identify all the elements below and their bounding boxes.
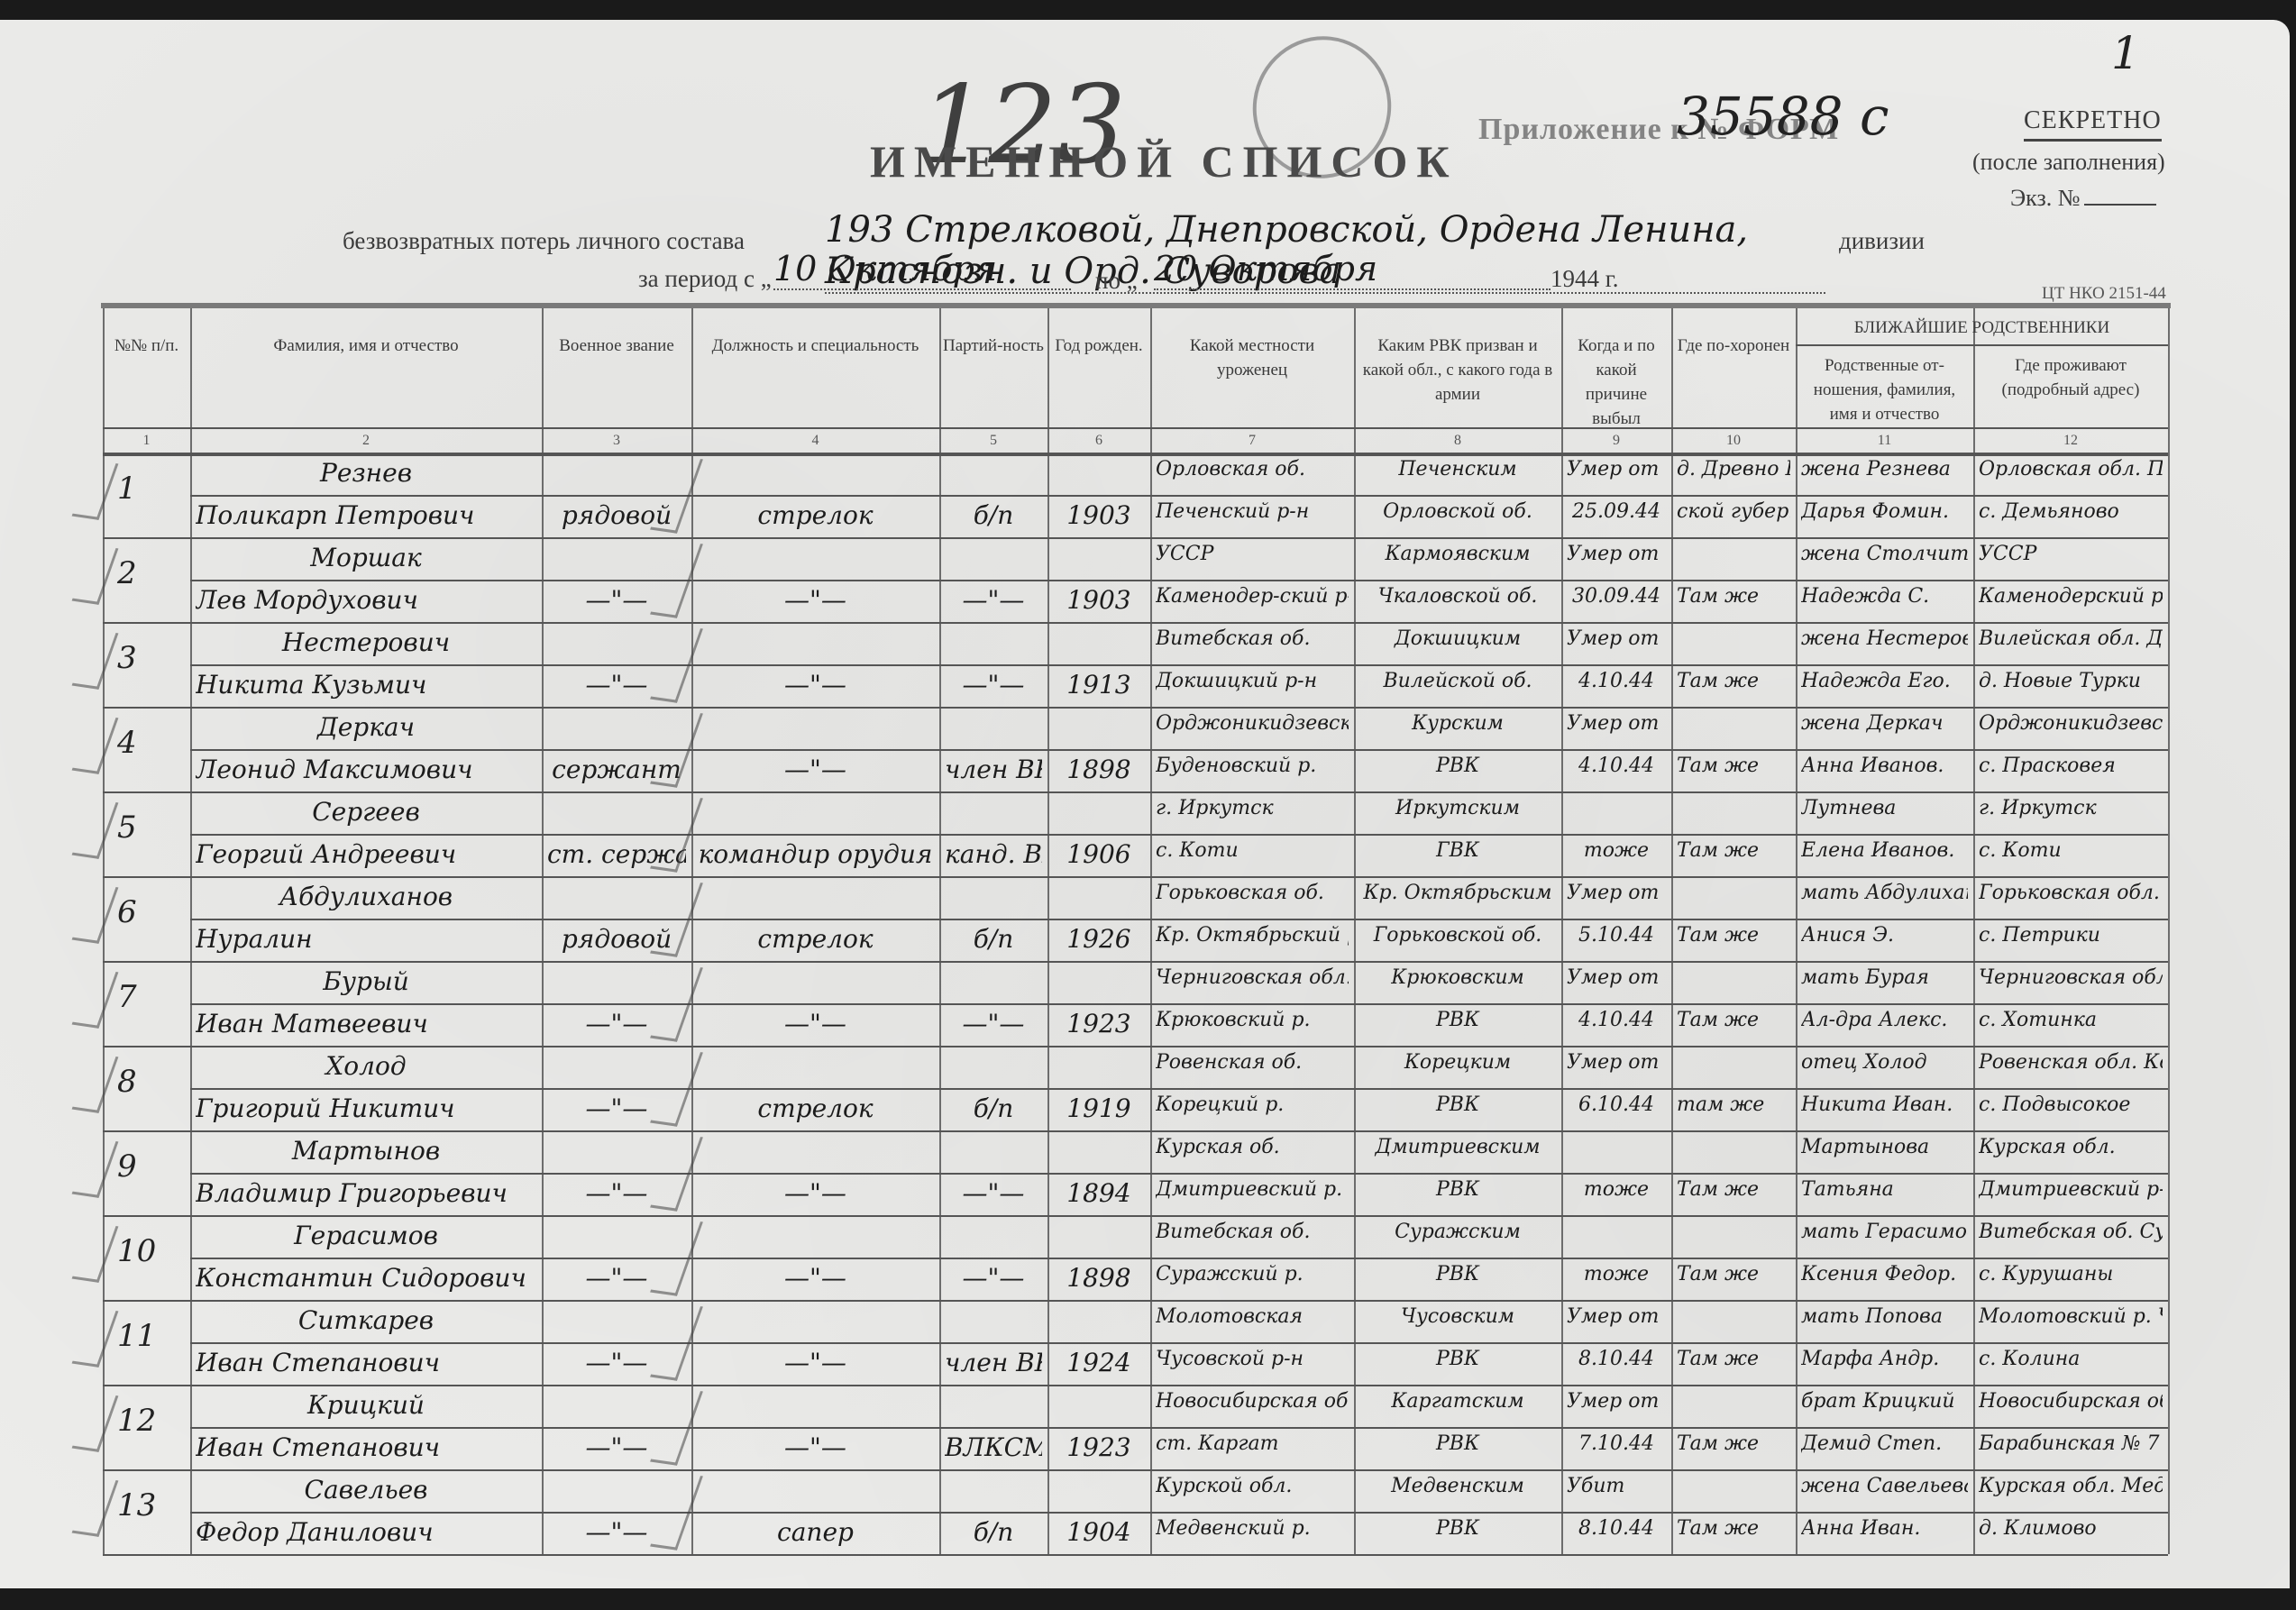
column-header-4: Должность и специальность — [695, 334, 936, 358]
cell-origin2: с. Коти — [1156, 839, 1349, 862]
row-divider — [190, 1258, 2168, 1259]
row-number: 10 — [117, 1233, 156, 1269]
cell-origin1: Черниговская обл. — [1156, 966, 1349, 989]
column-header-12: Где проживают (подробный адрес) — [1977, 353, 2164, 402]
cell-party: ВЛКСМ — [945, 1432, 1042, 1462]
cell-buried2: Там же — [1677, 1517, 1790, 1540]
row-divider — [103, 1215, 2168, 1217]
cell-origin1: Орловская об. — [1156, 458, 1349, 480]
cell-name: Федор Данилович — [196, 1517, 536, 1547]
column-number-7: 7 — [1150, 433, 1354, 449]
cell-rel2: Надежда Его. — [1801, 670, 1968, 692]
cell-rel1: жена Нестерович — [1801, 627, 1968, 650]
cell-origin2: Крюковский р. — [1156, 1009, 1349, 1031]
cell-position: —"— — [697, 1009, 934, 1038]
cell-name: Иван Матвеевич — [196, 1009, 536, 1038]
cell-rel1: мать Попова — [1801, 1305, 1968, 1328]
row-number: 11 — [117, 1318, 156, 1354]
period-from-field: 10 Октября — [773, 249, 1071, 290]
cell-rel1: отец Холод — [1801, 1051, 1968, 1074]
cell-rel1: Мартынова — [1801, 1136, 1968, 1158]
column-header-9: Когда и по какой причине выбыл — [1565, 334, 1668, 431]
cell-name: Нуралин — [196, 924, 536, 954]
period-prefix: за период с „ — [638, 265, 772, 293]
cell-addr1: г. Иркутск — [1979, 797, 2163, 819]
cell-left1: Умер от ран — [1567, 543, 1666, 565]
cell-rvk1: Кармоявским — [1359, 543, 1556, 565]
cell-born: 1926 — [1053, 924, 1145, 954]
cell-rel2: Дарья Фомин. — [1801, 500, 1968, 523]
cell-left1: Умер от ран — [1567, 627, 1666, 650]
cell-rel2: Демид Степ. — [1801, 1432, 1968, 1455]
row-number: 5 — [117, 810, 137, 846]
cell-origin1: Молотовская — [1156, 1305, 1349, 1328]
cell-born: 1898 — [1053, 755, 1145, 784]
cell-born: 1903 — [1053, 500, 1145, 530]
cell-rel2: Надежда С. — [1801, 585, 1968, 608]
cell-buried2: там же — [1677, 1093, 1790, 1116]
cell-rel2: Марфа Андр. — [1801, 1348, 1968, 1370]
row-number: 3 — [117, 640, 137, 676]
cell-born: 1923 — [1053, 1009, 1145, 1038]
cell-rvk2: ГВК — [1359, 839, 1556, 862]
row-divider — [190, 1088, 2168, 1090]
cell-addr1: Молотовский р. Чусовской р-н — [1979, 1305, 2163, 1328]
row-divider — [190, 1512, 2168, 1514]
cell-surname: Савельев — [196, 1475, 536, 1505]
cell-position: —"— — [697, 1348, 934, 1377]
cell-origin2: ст. Каргат — [1156, 1432, 1349, 1455]
cell-origin2: Чусовской р-н — [1156, 1348, 1349, 1370]
cell-rvk2: Орловской об. — [1359, 500, 1556, 523]
cell-left2: 4.10.44 — [1567, 670, 1666, 692]
cell-born: 1906 — [1053, 839, 1145, 869]
row-divider — [190, 580, 2168, 581]
cell-rel1: мать Герасимова — [1801, 1221, 1968, 1243]
row-divider — [103, 791, 2168, 793]
cell-surname: Моршак — [196, 543, 536, 572]
cell-origin1: Ровенская об. — [1156, 1051, 1349, 1074]
cell-name: Иван Степанович — [196, 1432, 536, 1462]
row-divider — [190, 834, 2168, 836]
cell-rel1: жена Резнева — [1801, 458, 1968, 480]
cell-left2: 30.09.44 — [1567, 585, 1666, 608]
cell-addr2: с. Колина — [1979, 1348, 2163, 1370]
cell-origin2: Печенский р-н — [1156, 500, 1349, 523]
cell-position: —"— — [697, 755, 934, 784]
cell-left2: 6.10.44 — [1567, 1093, 1666, 1116]
cell-name: Леонид Максимович — [196, 755, 536, 784]
cell-buried2: ской губерн. — [1677, 500, 1790, 523]
cell-left2: 5.10.44 — [1567, 924, 1666, 947]
cell-addr2: с. Петрики — [1979, 924, 2163, 947]
cell-name: Владимир Григорьевич — [196, 1178, 536, 1208]
row-divider — [103, 427, 2168, 429]
cell-left1: Умер от ран — [1567, 458, 1666, 480]
cell-buried2: Там же — [1677, 839, 1790, 862]
row-divider — [190, 1427, 2168, 1429]
row-divider — [103, 1046, 2168, 1047]
row-number: 4 — [117, 725, 137, 761]
column-number-9: 9 — [1561, 433, 1671, 449]
column-header-3: Военное звание — [545, 334, 688, 358]
row-divider — [190, 919, 2168, 920]
cell-left2: тоже — [1567, 1178, 1666, 1201]
cell-buried2: Там же — [1677, 1348, 1790, 1370]
cell-rel1: Лутнева — [1801, 797, 1968, 819]
cell-rvk1: Корецким — [1359, 1051, 1556, 1074]
cell-origin1: Витебская об. — [1156, 1221, 1349, 1243]
row-divider — [103, 537, 2168, 539]
cell-surname: Нестерович — [196, 627, 536, 657]
cell-rvk2: Горьковской об. — [1359, 924, 1556, 947]
cell-origin2: Докшицкий р-н — [1156, 670, 1349, 692]
cell-name: Никита Кузьмич — [196, 670, 536, 700]
cell-rvk1: Чусовским — [1359, 1305, 1556, 1328]
cell-rel2: Татьяна — [1801, 1178, 1968, 1201]
cell-party: б/п — [945, 500, 1042, 530]
cell-origin1: Новосибирская об. — [1156, 1390, 1349, 1413]
cell-name: Григорий Никитич — [196, 1093, 536, 1123]
column-header-2: Фамилия, имя и отчество — [194, 334, 538, 358]
cell-addr1: Горьковская обл. Красно-Октябрьский р-н — [1979, 882, 2163, 904]
cell-name: Иван Степанович — [196, 1348, 536, 1377]
cell-addr1: Ровенская обл. Корецкий р-н — [1979, 1051, 2163, 1074]
after-filling-label: (после заполнения) — [1972, 149, 2165, 176]
cell-rel2: Елена Иванов. — [1801, 839, 1968, 862]
cell-born: 1924 — [1053, 1348, 1145, 1377]
cell-left2: 8.10.44 — [1567, 1348, 1666, 1370]
cell-rvk2: Чкаловской об. — [1359, 585, 1556, 608]
row-divider — [103, 1300, 2168, 1302]
cell-buried2: Там же — [1677, 755, 1790, 777]
cell-party: член ВКП-б — [945, 1348, 1042, 1377]
cell-born: 1919 — [1053, 1093, 1145, 1123]
cell-party: б/п — [945, 1517, 1042, 1547]
cell-surname: Деркач — [196, 712, 536, 742]
cell-surname: Ситкарев — [196, 1305, 536, 1335]
row-number: 13 — [117, 1487, 156, 1523]
cell-left2: тоже — [1567, 1263, 1666, 1285]
cell-rvk1: Суражским — [1359, 1221, 1556, 1243]
cell-rel2: Никита Иван. — [1801, 1093, 1968, 1116]
cell-origin2: Дмитриевский р. — [1156, 1178, 1349, 1201]
cell-rel1: жена Столчитеск — [1801, 543, 1968, 565]
cell-position: стрелок — [697, 1093, 934, 1123]
cell-rel1: мать Абдулиханова — [1801, 882, 1968, 904]
row-divider — [103, 453, 2168, 456]
cell-buried2: Там же — [1677, 1178, 1790, 1201]
cell-rel2: Анися Э. — [1801, 924, 1968, 947]
cell-addr2: Каменодерский р. — [1979, 585, 2163, 608]
cell-left1: Умер от ран — [1567, 882, 1666, 904]
cell-left2: 4.10.44 — [1567, 755, 1666, 777]
cell-origin2: Каменодер-ский р-н — [1156, 585, 1349, 608]
cell-buried2: Там же — [1677, 670, 1790, 692]
column-number-5: 5 — [939, 433, 1047, 449]
cell-addr1: Вилейская обл. Докшицкий р. — [1979, 627, 2163, 650]
cell-addr1: УССР — [1979, 543, 2163, 565]
cell-surname: Мартынов — [196, 1136, 536, 1166]
secrecy-label: СЕКРЕТНО — [2024, 106, 2162, 142]
cell-buried2: Там же — [1677, 1009, 1790, 1031]
cell-rel1: брат Крицкий — [1801, 1390, 1968, 1413]
cell-position: —"— — [697, 1263, 934, 1293]
cell-rel2: Ксения Федор. — [1801, 1263, 1968, 1285]
cell-addr1: Курская обл. Медвенский р. — [1979, 1475, 2163, 1497]
cell-rvk2: РВК — [1359, 1009, 1556, 1031]
column-number-2: 2 — [190, 433, 542, 449]
cell-born: 1898 — [1053, 1263, 1145, 1293]
row-divider — [103, 707, 2168, 709]
cell-rel2: Анна Иванов. — [1801, 755, 1968, 777]
cell-surname: Абдулиханов — [196, 882, 536, 911]
cell-born: 1903 — [1053, 585, 1145, 615]
column-number-12: 12 — [1973, 433, 2168, 449]
cell-addr2: с. Демьяново — [1979, 500, 2163, 523]
cell-rvk2: РВК — [1359, 1093, 1556, 1116]
cell-origin2: Буденовский р. — [1156, 755, 1349, 777]
cell-rvk1: Печенским — [1359, 458, 1556, 480]
row-divider — [103, 1130, 2168, 1132]
column-number-6: 6 — [1047, 433, 1150, 449]
column-header-10: Где по-хоронен — [1675, 334, 1792, 358]
cell-name: Лев Мордухович — [196, 585, 536, 615]
cell-surname: Холод — [196, 1051, 536, 1081]
cell-origin1: Орджоникидзевский край — [1156, 712, 1349, 735]
cell-buried2: Там же — [1677, 1432, 1790, 1455]
cell-position: сапер — [697, 1517, 934, 1547]
cell-addr2: д. Климово — [1979, 1517, 2163, 1540]
cell-origin1: УССР — [1156, 543, 1349, 565]
column-header-5: Партий-ность — [943, 334, 1044, 358]
row-divider — [103, 622, 2168, 624]
column-divider — [2168, 308, 2170, 1554]
cell-position: —"— — [697, 585, 934, 615]
cell-addr1: Орловская обл. Печенский р-н — [1979, 458, 2163, 480]
period-to-field: 20 Октября — [1154, 249, 1550, 290]
cell-rvk2: РВК — [1359, 1263, 1556, 1285]
cell-surname: Бурый — [196, 966, 536, 996]
cell-left1: Умер от ран — [1567, 1305, 1666, 1328]
cell-rvk2: РВК — [1359, 1517, 1556, 1540]
column-header-11: Родственные от-ношения, фамилия, имя и о… — [1799, 353, 1970, 426]
copy-number-blank — [2084, 204, 2156, 206]
period-to-label: по „ — [1095, 267, 1138, 295]
cell-position: стрелок — [697, 500, 934, 530]
cell-rvk1: Крюковским — [1359, 966, 1556, 989]
row-divider — [190, 664, 2168, 666]
cell-rvk1: Иркутским — [1359, 797, 1556, 819]
column-header-7: Какой местности уроженец — [1154, 334, 1350, 382]
cell-left2: 4.10.44 — [1567, 1009, 1666, 1031]
cell-rvk2: РВК — [1359, 1432, 1556, 1455]
cell-surname: Крицкий — [196, 1390, 536, 1420]
cell-addr2: д. Новые Турки — [1979, 670, 2163, 692]
cell-left1: Умер от ран — [1567, 1390, 1666, 1413]
row-divider — [190, 1342, 2168, 1344]
cell-origin1: Курская об. — [1156, 1136, 1349, 1158]
row-number: 1 — [117, 471, 137, 507]
row-number: 6 — [117, 894, 137, 930]
cell-buried1: д. Древно Варшав. — [1677, 458, 1790, 480]
cell-party: б/п — [945, 1093, 1042, 1123]
cell-rvk1: Медвенским — [1359, 1475, 1556, 1497]
cell-name: Георгий Андреевич — [196, 839, 536, 869]
column-header-1: №№ п/п. — [106, 334, 187, 358]
row-divider — [103, 1469, 2168, 1471]
cell-rvk1: Докшицким — [1359, 627, 1556, 650]
cell-addr2: с. Курушаны — [1979, 1263, 2163, 1285]
cell-rvk1: Каргатским — [1359, 1390, 1556, 1413]
table-top-rule — [101, 303, 2171, 308]
cell-surname: Герасимов — [196, 1221, 536, 1250]
cell-buried2: Там же — [1677, 585, 1790, 608]
cell-rvk1: Курским — [1359, 712, 1556, 735]
row-divider — [190, 749, 2168, 751]
cell-origin2: Кр. Октябрьский р. — [1156, 924, 1349, 947]
cell-surname: Сергеев — [196, 797, 536, 827]
cell-rvk1: Дмитриевским — [1359, 1136, 1556, 1158]
cell-left2: 8.10.44 — [1567, 1517, 1666, 1540]
column-number-3: 3 — [542, 433, 691, 449]
cell-rel2: Ал-дра Алекс. — [1801, 1009, 1968, 1031]
cell-origin1: Курской обл. — [1156, 1475, 1349, 1497]
row-divider — [103, 876, 2168, 878]
column-number-10: 10 — [1671, 433, 1796, 449]
column-number-8: 8 — [1354, 433, 1561, 449]
subtitle-prefix: безвозвратных потерь личного состава — [343, 227, 745, 255]
cell-left1: Умер от ран — [1567, 966, 1666, 989]
unit-suffix: дивизии — [1839, 227, 1925, 255]
column-number-11: 11 — [1796, 433, 1973, 449]
cell-party: —"— — [945, 670, 1042, 700]
cell-party: —"— — [945, 1178, 1042, 1208]
row-divider — [103, 961, 2168, 963]
cell-born: 1894 — [1053, 1178, 1145, 1208]
cell-rvk2: РВК — [1359, 1178, 1556, 1201]
row-number: 12 — [117, 1403, 156, 1439]
column-number-1: 1 — [103, 433, 190, 449]
cell-born: 1904 — [1053, 1517, 1145, 1547]
cell-buried2: Там же — [1677, 924, 1790, 947]
cell-left2: 25.09.44 — [1567, 500, 1666, 523]
form-code: ЦТ НКО 2151-44 — [2042, 284, 2166, 304]
cell-origin1: Витебская об. — [1156, 627, 1349, 650]
cell-origin2: Корецкий р. — [1156, 1093, 1349, 1116]
cell-party: —"— — [945, 585, 1042, 615]
row-number: 9 — [117, 1148, 137, 1185]
column-header-8: Каким РВК призван и какой обл., с какого… — [1358, 334, 1558, 407]
row-divider — [190, 1003, 2168, 1005]
cell-left2: 7.10.44 — [1567, 1432, 1666, 1455]
cell-origin2: Суражский р. — [1156, 1263, 1349, 1285]
cell-position: —"— — [697, 670, 934, 700]
cell-party: член ВКП-б — [945, 755, 1042, 784]
cell-party: б/п — [945, 924, 1042, 954]
row-number: 7 — [117, 979, 137, 1015]
cell-addr2: Барабинская № 7 — [1979, 1432, 2163, 1455]
cell-rel1: жена Деркач — [1801, 712, 1968, 735]
cell-rel1: мать Бурая — [1801, 966, 1968, 989]
cell-surname: Резнев — [196, 458, 536, 488]
row-number: 2 — [117, 555, 137, 591]
cell-left1: Умер от ран — [1567, 1051, 1666, 1074]
cell-addr2: Дмитриевский р-н — [1979, 1178, 2163, 1201]
cell-position: командир орудия — [697, 839, 934, 869]
page-number: 1 — [2111, 27, 2140, 79]
cell-name: Поликарп Петрович — [196, 500, 536, 530]
column-number-4: 4 — [691, 433, 939, 449]
cell-rvk1: Кр. Октябрьским — [1359, 882, 1556, 904]
cell-position: —"— — [697, 1432, 934, 1462]
cell-addr2: с. Подвысокое — [1979, 1093, 2163, 1116]
cell-addr2: с. Прасковея — [1979, 755, 2163, 777]
cell-left1: Умер от ран — [1567, 712, 1666, 735]
cell-origin2: Медвенский р. — [1156, 1517, 1349, 1540]
period-year: 1944 г. — [1550, 265, 1619, 293]
cell-origin1: Горьковская об. — [1156, 882, 1349, 904]
cell-rel1: жена Савельева — [1801, 1475, 1968, 1497]
cell-rel2: Анна Иван. — [1801, 1517, 1968, 1540]
row-number: 8 — [117, 1064, 137, 1100]
row-divider — [1796, 344, 2168, 346]
cell-addr1: Курская обл. — [1979, 1136, 2163, 1158]
relatives-group-header: БЛИЖАЙШИЕ РОДСТВЕННИКИ — [1799, 316, 2164, 340]
row-divider — [190, 1173, 2168, 1175]
cell-name: Константин Сидорович — [196, 1263, 536, 1293]
stamp-number: 35588 с — [1677, 86, 1889, 147]
column-header-6: Год рожден. — [1051, 334, 1147, 358]
cell-position: стрелок — [697, 924, 934, 954]
cell-addr1: Новосибирская обл. ст. Каргат — [1979, 1390, 2163, 1413]
copy-number-label: Экз. № — [2010, 185, 2156, 212]
cell-buried2: Там же — [1677, 1263, 1790, 1285]
cell-party: канд. ВКП-б — [945, 839, 1042, 869]
row-divider — [103, 1385, 2168, 1386]
copy-label: Экз. № — [2010, 185, 2081, 211]
cell-party: —"— — [945, 1009, 1042, 1038]
cell-born: 1923 — [1053, 1432, 1145, 1462]
cell-addr2: с. Хотинка — [1979, 1009, 2163, 1031]
cell-left2: тоже — [1567, 839, 1666, 862]
cell-position: —"— — [697, 1178, 934, 1208]
row-divider — [190, 495, 2168, 497]
cell-addr2: с. Коти — [1979, 839, 2163, 862]
cell-addr1: Орджоникидзевский край, Буденовский р-н — [1979, 712, 2163, 735]
cell-rvk2: РВК — [1359, 1348, 1556, 1370]
cell-born: 1913 — [1053, 670, 1145, 700]
row-divider — [103, 1554, 2168, 1556]
cell-addr1: Черниговская обл. Крюковский р-н — [1979, 966, 2163, 989]
cell-rvk2: Вилейской об. — [1359, 670, 1556, 692]
cell-party: —"— — [945, 1263, 1042, 1293]
cell-origin1: г. Иркутск — [1156, 797, 1349, 819]
cell-rvk2: РВК — [1359, 755, 1556, 777]
document-title: ИМЕННОЙ СПИСОК — [870, 135, 1459, 188]
cell-left1: Убит — [1567, 1475, 1666, 1497]
cell-addr1: Витебская об. Суражский р. — [1979, 1221, 2163, 1243]
